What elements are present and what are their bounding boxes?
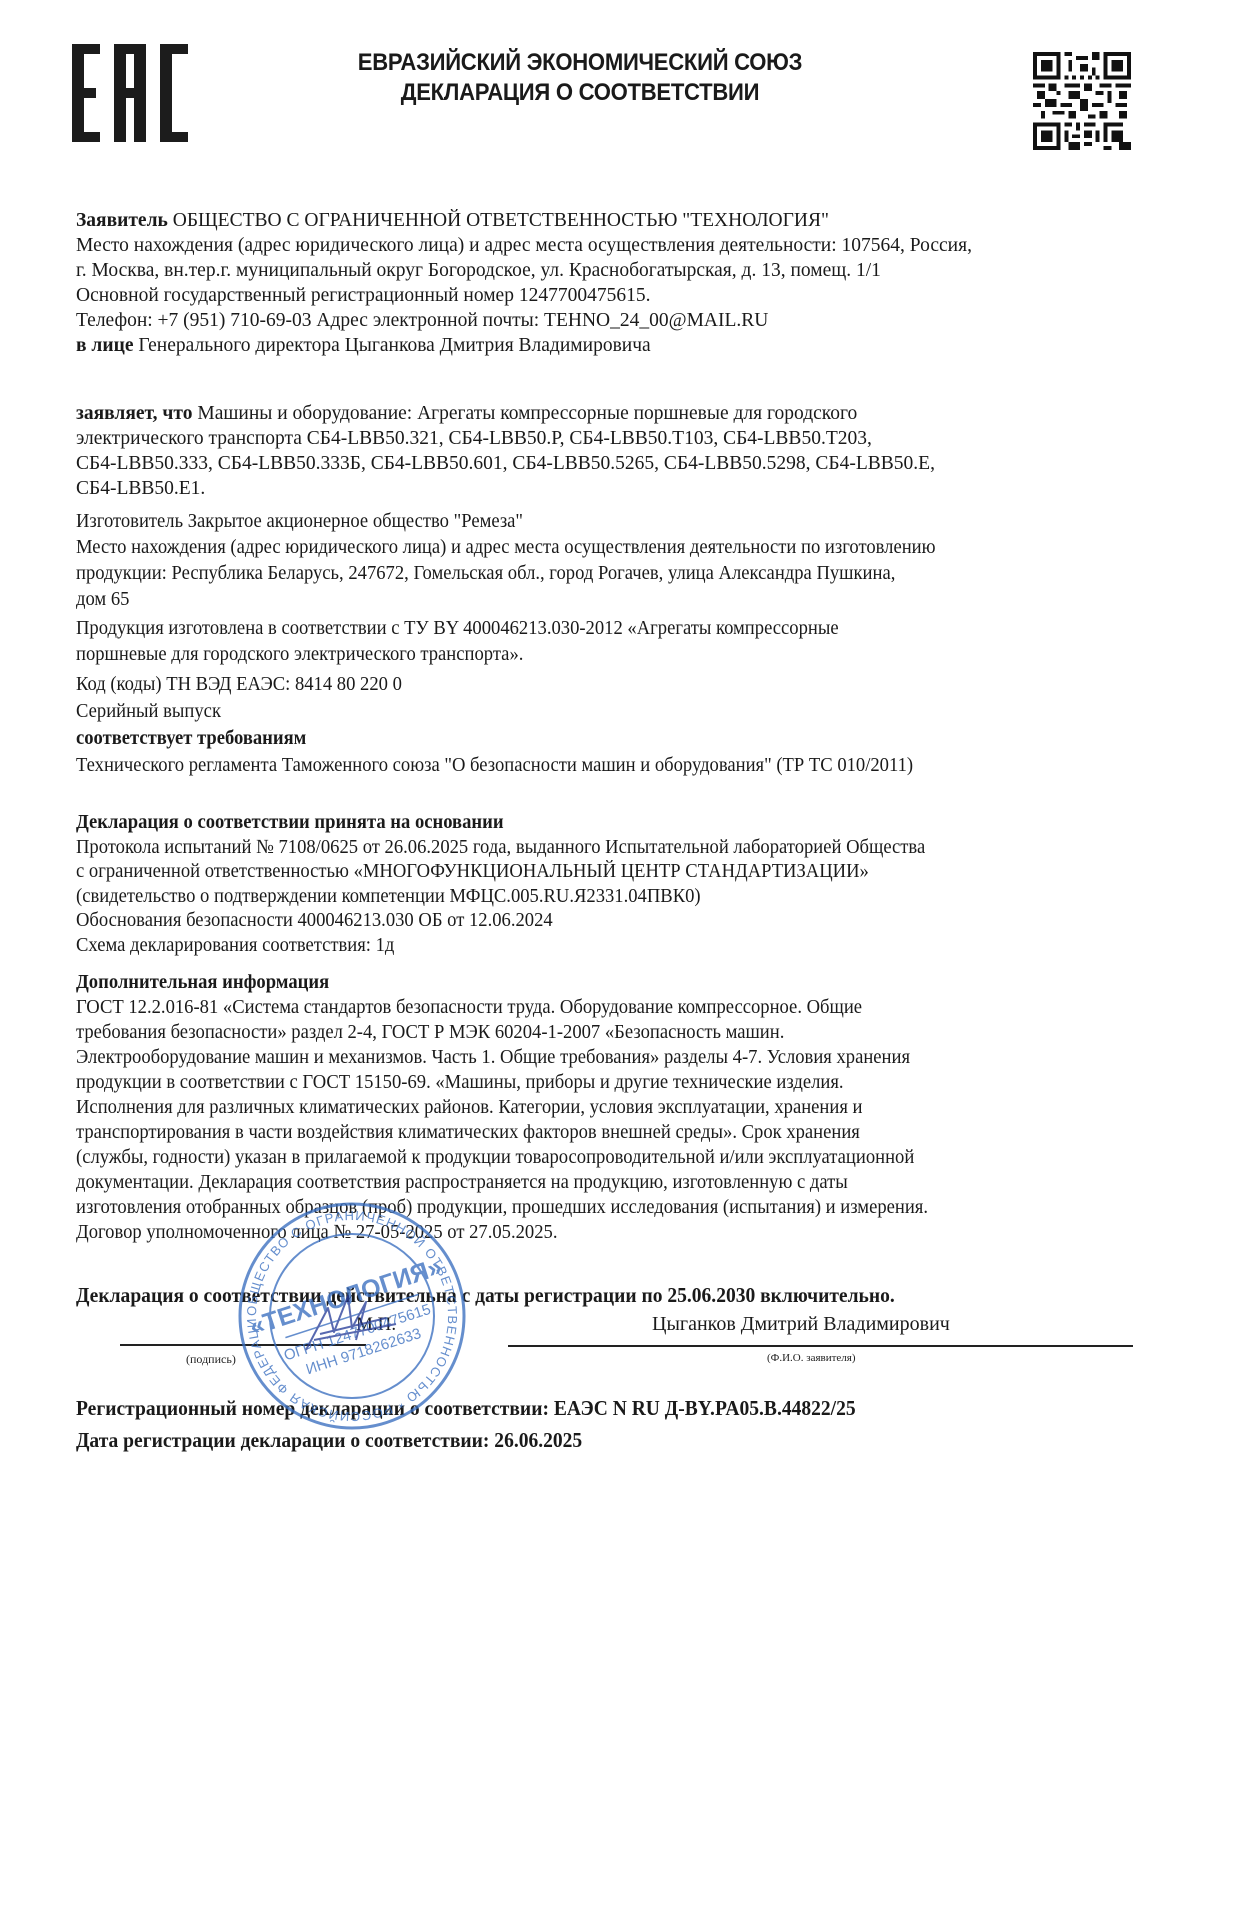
additional-line: документации. Декларация соответствия ра… bbox=[76, 1170, 1146, 1195]
applicant-ogrn: Основной государственный регистрационный… bbox=[76, 283, 1146, 308]
document-title: ЕВРАЗИЙСКИЙ ЭКОНОМИЧЕСКИЙ СОЮЗ ДЕКЛАРАЦИ… bbox=[322, 48, 837, 108]
manufacturer-address-2: продукции: Республика Беларусь, 247672, … bbox=[76, 560, 1146, 586]
basis-heading: Декларация о соответствии принята на осн… bbox=[76, 810, 1146, 835]
title-declaration: ДЕКЛАРАЦИЯ О СООТВЕТСТВИИ bbox=[322, 78, 837, 108]
manufacturer-spec-2: поршневые для городского электрического … bbox=[76, 641, 1146, 667]
additional-line: Электрооборудование машин и механизмов. … bbox=[76, 1045, 1146, 1070]
manufacturer-name: Изготовитель Закрытое акционерное общест… bbox=[76, 508, 1146, 534]
signature-line bbox=[120, 1344, 366, 1346]
manufacturer-section: Изготовитель Закрытое акционерное общест… bbox=[76, 508, 1146, 667]
mp-label: М.П. bbox=[356, 1314, 396, 1336]
additional-line: изготовления отобранных образцов (проб) … bbox=[76, 1195, 1146, 1220]
tn-ved-code: Код (коды) ТН ВЭД ЕАЭС: 8414 80 220 0 bbox=[76, 671, 1146, 698]
applicant-address-2: г. Москва, вн.тер.г. муниципальный округ… bbox=[76, 258, 1146, 283]
product-line-3: СБ4-LBB50.333, СБ4-LBB50.333Б, СБ4-LBB50… bbox=[76, 451, 1146, 476]
signer-name: Цыганков Дмитрий Владимирович bbox=[652, 1313, 950, 1336]
applicant-contacts: Телефон: +7 (951) 710-69-03 Адрес электр… bbox=[76, 308, 1146, 333]
manufacturer-address-3: дом 65 bbox=[76, 586, 1146, 612]
applicant-section: Заявитель ОБЩЕСТВО С ОГРАНИЧЕННОЙ ОТВЕТС… bbox=[76, 208, 1146, 358]
represented-by: Генерального директора Цыганкова Дмитрия… bbox=[133, 335, 650, 356]
additional-line: продукции в соответствии с ГОСТ 15150-69… bbox=[76, 1070, 1146, 1095]
signer-name-line bbox=[508, 1345, 1133, 1347]
basis-line-4: Обоснования безопасности 400046213.030 О… bbox=[76, 908, 1146, 933]
complies-label: соответствует требованиям bbox=[76, 725, 1146, 752]
signature-caption: (подпись) bbox=[186, 1352, 236, 1367]
basis-line-2: с ограниченной ответственностью «МНОГОФУ… bbox=[76, 859, 1146, 884]
registration-date: Дата регистрации декларации о соответств… bbox=[76, 1424, 1146, 1456]
additional-line: ГОСТ 12.2.016-81 «Система стандартов без… bbox=[76, 995, 1146, 1020]
basis-line-1: Протокола испытаний № 7108/0625 от 26.06… bbox=[76, 835, 1146, 860]
basis-section: Декларация о соответствии принята на осн… bbox=[76, 810, 1146, 957]
additional-line: Исполнения для различных климатических р… bbox=[76, 1095, 1146, 1120]
eac-logo: EAC bbox=[72, 44, 188, 142]
registration-section: Регистрационный номер декларации о соотв… bbox=[76, 1392, 1146, 1456]
registration-number: Регистрационный номер декларации о соотв… bbox=[76, 1392, 1146, 1424]
production-type: Серийный выпуск bbox=[76, 698, 1146, 725]
manufacturer-address-1: Место нахождения (адрес юридического лиц… bbox=[76, 534, 1146, 560]
additional-line: (службы, годности) указан в прилагаемой … bbox=[76, 1145, 1146, 1170]
product-line-4: СБ4-LBB50.Е1. bbox=[76, 476, 1146, 501]
signer-caption: (Ф.И.О. заявителя) bbox=[767, 1352, 856, 1364]
product-section: заявляет, что Машины и оборудование: Агр… bbox=[76, 401, 1146, 501]
qr-code-icon[interactable] bbox=[1033, 52, 1131, 150]
title-union: ЕВРАЗИЙСКИЙ ЭКОНОМИЧЕСКИЙ СОЮЗ bbox=[322, 48, 837, 78]
additional-line: Договор уполномоченного лица № 27-05-202… bbox=[76, 1220, 1146, 1245]
additional-heading: Дополнительная информация bbox=[76, 970, 1146, 995]
product-line-1: Машины и оборудование: Агрегаты компресс… bbox=[193, 403, 858, 424]
validity-statement: Декларация о соответствии действительна … bbox=[76, 1283, 1146, 1308]
manufacturer-spec-1: Продукция изготовлена в соответствии с Т… bbox=[76, 615, 1146, 641]
applicant-label: Заявитель bbox=[76, 210, 168, 231]
declares-label: заявляет, что bbox=[76, 403, 193, 424]
regulation: Технического регламента Таможенного союз… bbox=[76, 752, 1146, 779]
applicant-name: ОБЩЕСТВО С ОГРАНИЧЕННОЙ ОТВЕТСТВЕННОСТЬЮ… bbox=[168, 210, 829, 231]
classification-section: Код (коды) ТН ВЭД ЕАЭС: 8414 80 220 0 Се… bbox=[76, 671, 1146, 779]
basis-line-5: Схема декларирования соответствия: 1д bbox=[76, 933, 1146, 958]
product-line-2: электрического транспорта СБ4-LBB50.321,… bbox=[76, 426, 1146, 451]
additional-line: требования безопасности» раздел 2-4, ГОС… bbox=[76, 1020, 1146, 1045]
applicant-address-1: Место нахождения (адрес юридического лиц… bbox=[76, 233, 1146, 258]
additional-info-section: Дополнительная информация ГОСТ 12.2.016-… bbox=[76, 970, 1146, 1245]
additional-line: транспортирования в части воздействия кл… bbox=[76, 1120, 1146, 1145]
represented-label: в лице bbox=[76, 335, 133, 356]
basis-line-3: (свидетельство о подтверждении компетенц… bbox=[76, 884, 1146, 909]
